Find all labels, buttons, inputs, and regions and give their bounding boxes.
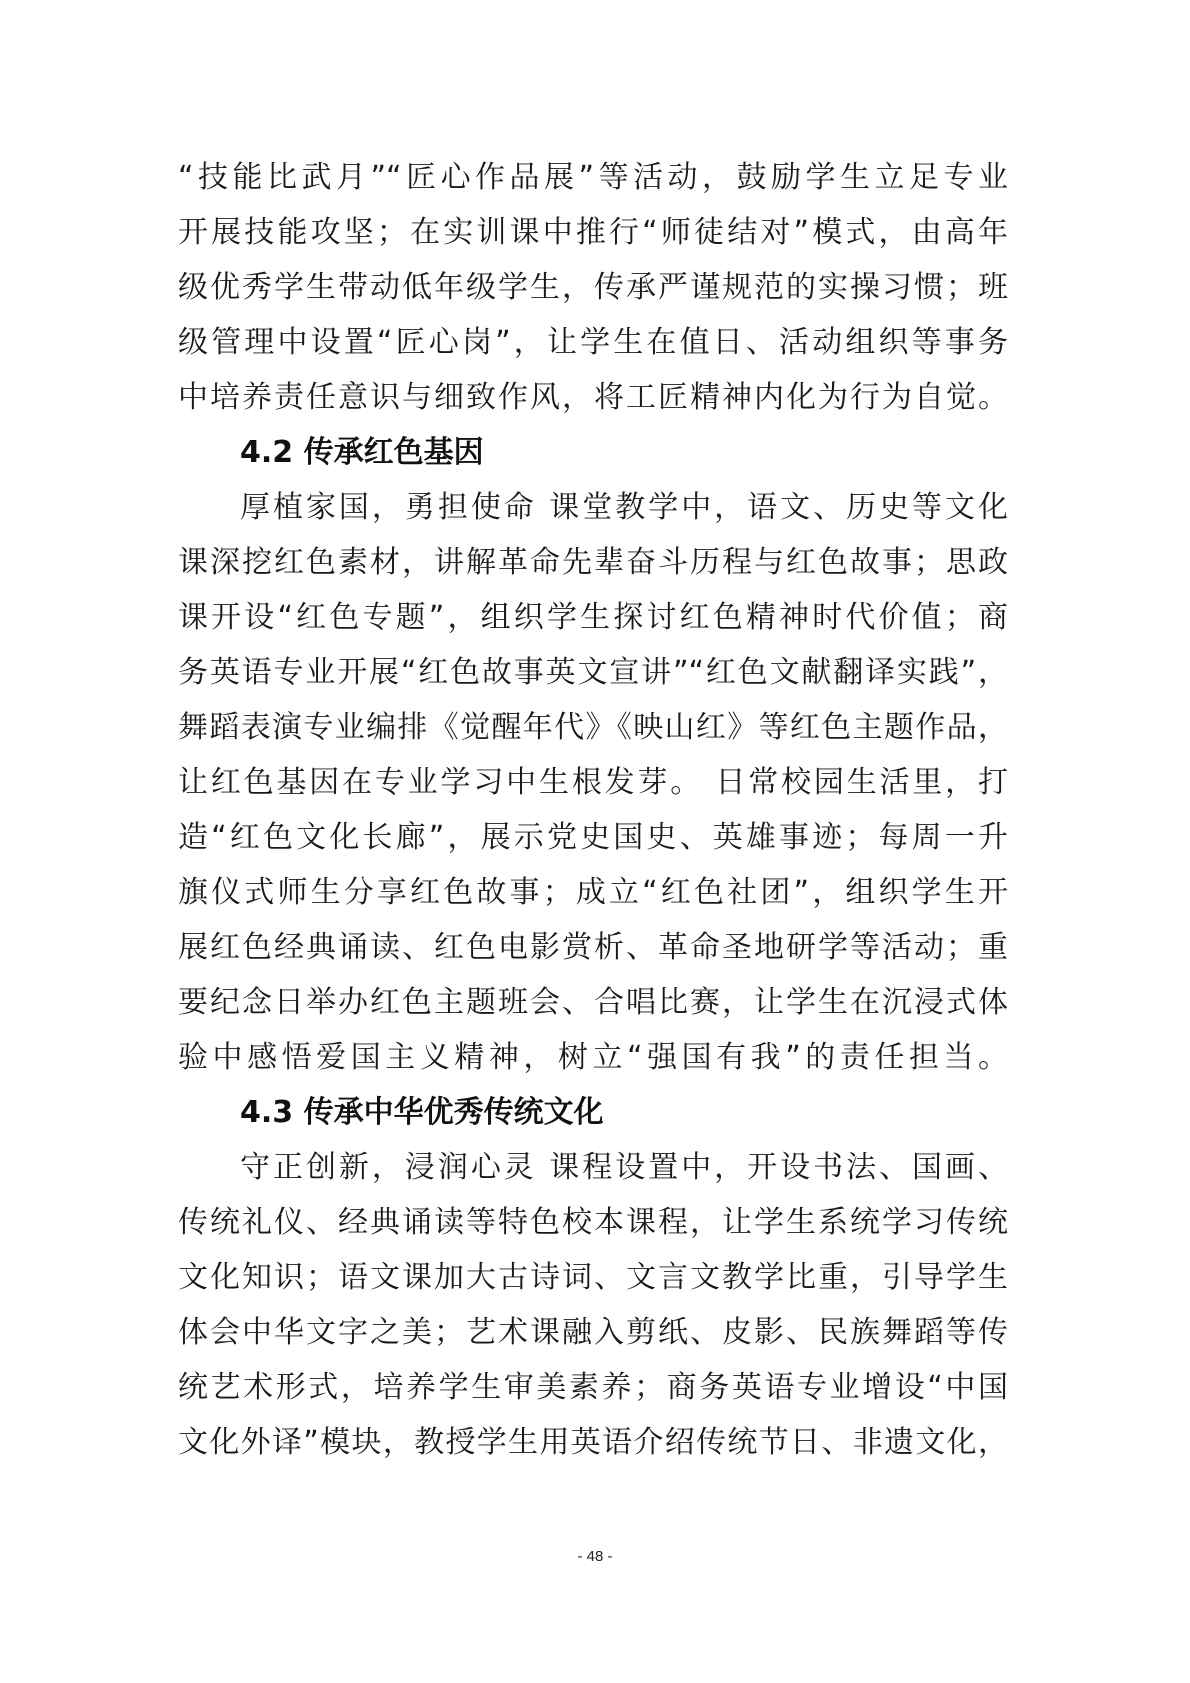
text-line: 开展技能攻坚；在实训课中推行“师徒结对”模式，由高年: [178, 205, 1008, 260]
text-line: 旗仪式师生分享红色故事；成立“红色社团”，组织学生开: [178, 865, 1008, 920]
text-line: 展红色经典诵读、红色电影赏析、革命圣地研学等活动；重: [178, 920, 1008, 975]
text-line: 守正创新，浸润心灵 课程设置中，开设书法、国画、: [178, 1140, 1008, 1195]
text-line: 文化外译”模块，教授学生用英语介绍传统节日、非遗文化，: [178, 1415, 1008, 1470]
text-line: 统艺术形式，培养学生审美素养；商务英语专业增设“中国: [178, 1360, 1008, 1415]
text-line: 课深挖红色素材，讲解革命先辈奋斗历程与红色故事；思政: [178, 535, 1008, 590]
text-line: 级优秀学生带动低年级学生，传承严谨规范的实操习惯；班: [178, 260, 1008, 315]
text-line: 中培养责任意识与细致作风，将工匠精神内化为行为自觉。: [178, 370, 1008, 425]
text-line: 舞蹈表演专业编排《觉醒年代》《映山红》等红色主题作品，: [178, 700, 1008, 755]
paragraph-red-gene: 厚植家国，勇担使命 课堂教学中，语文、历史等文化 课深挖红色素材，讲解革命先辈奋…: [178, 480, 1008, 1085]
text-line: 造“红色文化长廊”，展示党史国史、英雄事迹；每周一升: [178, 810, 1008, 865]
text-line: “技能比武月”“匠心作品展”等活动，鼓励学生立足专业: [178, 150, 1008, 205]
text-line: 传统礼仪、经典诵读等特色校本课程，让学生系统学习传统: [178, 1195, 1008, 1250]
page-number: - 48 -: [0, 1548, 1190, 1565]
section-heading-4-2: 4.2 传承红色基因: [178, 425, 1008, 480]
text-line: 让红色基因在专业学习中生根发芽。 日常校园生活里，打: [178, 755, 1008, 810]
text-line: 体会中华文字之美；艺术课融入剪纸、皮影、民族舞蹈等传: [178, 1305, 1008, 1360]
text-line: 厚植家国，勇担使命 课堂教学中，语文、历史等文化: [178, 480, 1008, 535]
paragraph-traditional-culture: 守正创新，浸润心灵 课程设置中，开设书法、国画、 传统礼仪、经典诵读等特色校本课…: [178, 1140, 1008, 1470]
section-heading-4-3: 4.3 传承中华优秀传统文化: [178, 1085, 1008, 1140]
text-line: 验中感悟爱国主义精神，树立“强国有我”的责任担当。: [178, 1030, 1008, 1085]
text-line: 要纪念日举办红色主题班会、合唱比赛，让学生在沉浸式体: [178, 975, 1008, 1030]
page-content: “技能比武月”“匠心作品展”等活动，鼓励学生立足专业 开展技能攻坚；在实训课中推…: [178, 150, 1008, 1470]
text-line: 务英语专业开展“红色故事英文宣讲”“红色文献翻译实践”，: [178, 645, 1008, 700]
text-line: 文化知识；语文课加大古诗词、文言文教学比重，引导学生: [178, 1250, 1008, 1305]
text-line: 级管理中设置“匠心岗”，让学生在值日、活动组织等事务: [178, 315, 1008, 370]
document-page: “技能比武月”“匠心作品展”等活动，鼓励学生立足专业 开展技能攻坚；在实训课中推…: [0, 0, 1190, 1683]
text-line: 课开设“红色专题”，组织学生探讨红色精神时代价值；商: [178, 590, 1008, 645]
paragraph-craftsmanship-continued: “技能比武月”“匠心作品展”等活动，鼓励学生立足专业 开展技能攻坚；在实训课中推…: [178, 150, 1008, 425]
